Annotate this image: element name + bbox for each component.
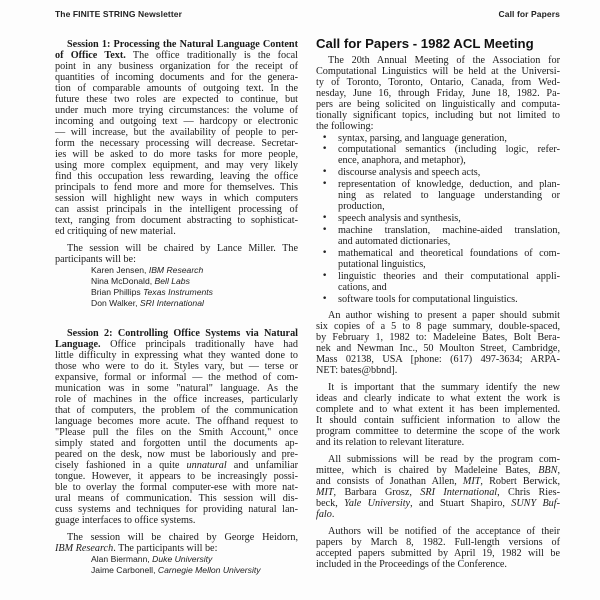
notification-paragraph-line: accepted papers submitted by April 19, 1… <box>316 548 560 559</box>
submission-paragraph-line: nek and Newman Inc., 50 Moulton Street, … <box>316 343 560 354</box>
summary-requirements-line: It should contain sufficient information… <box>316 415 560 426</box>
session1-chair-line: The session will be chaired by Lance Mil… <box>55 243 298 254</box>
session1-paragraph-line: text, ranging from document abstracting … <box>55 215 298 226</box>
intro-paragraph-line: the following: <box>316 121 560 132</box>
session2-paragraph-line: guage interfaces to office systems. <box>55 515 298 526</box>
session2-paragraph-line: munication was in some "natural" languag… <box>55 383 298 394</box>
participant-affiliation: Duke University <box>152 554 212 564</box>
session2-paragraph-line: simply stated and forgotten until the do… <box>55 438 298 449</box>
session1-paragraph-line: ies will be asked to do more tasks for m… <box>55 149 298 160</box>
topic-list-item-line: putational linguistics, <box>338 259 560 270</box>
participant-name: Don Walker, <box>91 298 140 308</box>
bullet-icon: • <box>322 248 328 259</box>
session1-paragraph-line: can assist principals in the intelligent… <box>55 204 298 215</box>
participant-name: Nina McDonald, <box>91 276 155 286</box>
bullet-icon: • <box>322 213 328 224</box>
participant-affiliation: IBM Research <box>149 265 203 275</box>
intro-paragraph-line: The 20th Annual Meeting of the Associati… <box>316 55 560 66</box>
participant-affiliation: Carnegie Mellon University <box>158 565 261 575</box>
session2-paragraph-line: peared on the desk, now must be laboriou… <box>55 449 298 460</box>
session2-chair-line: IBM Research. The participants will be: <box>55 543 298 554</box>
summary-requirements-line: It is important that the summary identif… <box>316 382 560 393</box>
topic-list-item-line: ence, anaphora, and metaphor), <box>338 155 560 166</box>
submission-paragraph-line: six copies of a 5 to 8 page summary, dou… <box>316 321 560 332</box>
topic-list-item-line: speech analysis and synthesis, <box>338 213 560 224</box>
session2-paragraph-line: cuss systems and techniques for providin… <box>55 504 298 515</box>
topic-list-item-line: and automated dictionaries, <box>338 236 560 247</box>
session2-paragraph-line: expansive, formal or informal — the meth… <box>55 372 298 383</box>
participant-affiliation: SRI International <box>140 298 204 308</box>
notification-paragraph-line: included in the Proceedings of the Confe… <box>316 559 560 570</box>
session1-paragraph-line: — will increase, but the availability of… <box>55 127 298 138</box>
session1-paragraph-line: quantities of incoming documents and for… <box>55 72 298 83</box>
session1-chair-line: participants will be: <box>55 254 298 265</box>
session1-paragraph-line: of Office Text. The office traditionally… <box>55 50 298 61</box>
summary-requirements-line: program committee to determine the scope… <box>316 426 560 437</box>
bullet-icon: • <box>322 144 328 155</box>
topic-list-item-line: linguistic theories and their computatio… <box>338 271 560 282</box>
topic-list-item-line: discourse analysis and speech acts, <box>338 167 560 178</box>
program-committee-line: falo. <box>316 509 560 520</box>
bullet-icon: • <box>322 167 328 178</box>
session2-paragraph-line: Language. Office principals traditionall… <box>55 339 298 350</box>
intro-paragraph-line: nesday, June 16, through Friday, June 18… <box>316 88 560 99</box>
program-committee-line: mittee, which is chaired by Madeleine Ba… <box>316 465 560 476</box>
session2-paragraph-line: cisely fashioned in a quite unnatural an… <box>55 460 298 471</box>
bullet-icon: • <box>322 225 328 236</box>
notification-paragraph-line: papers by March 8, 1982. Full-length ver… <box>316 537 560 548</box>
session1-paragraph-line: point in any business organization for t… <box>55 61 298 72</box>
session2-paragraph-line: role of machines in the office increases… <box>55 394 298 405</box>
program-committee-line: and consists of Jonathan Allen, MIT, Rob… <box>316 476 560 487</box>
topic-list-item-line: computational semantics (including logic… <box>338 144 560 155</box>
session1-paragraph-line: under much more trying circumstances: th… <box>55 105 298 116</box>
session2-paragraph-line: ble to overlay the formal computer-ese w… <box>55 482 298 493</box>
session2-paragraph-line: ural means of communication. This sessio… <box>55 493 298 504</box>
session2-paragraph-line: tongue. However, it appears to be increa… <box>55 471 298 482</box>
bullet-icon: • <box>322 179 328 190</box>
call-for-papers-heading: Call for Papers - 1982 ACL Meeting <box>316 36 534 51</box>
submission-paragraph-line: by February 1, 1982 to: Madeleine Bates,… <box>316 332 560 343</box>
session2-paragraph-line: language becomes more acute. The offhand… <box>55 416 298 427</box>
session1-paragraph-line: using more complex equipment, and may ve… <box>55 160 298 171</box>
notification-paragraph-line: Authors will be notified of the acceptan… <box>316 526 560 537</box>
topic-list-item-line: software tools for computational linguis… <box>338 294 560 305</box>
session1-paragraph-line: ed critiquing of new material. <box>55 226 298 237</box>
intro-paragraph-line: ty of Toronto, Toronto, Ontario, Canada,… <box>316 77 560 88</box>
participant-affiliation: Texas Instruments <box>143 287 213 297</box>
session2-paragraph-line: that of computers, the problem of the co… <box>55 405 298 416</box>
session1-paragraph-line: find this occupation less rewarding, lea… <box>55 171 298 182</box>
topic-list-item-line: representation of knowledge, deduction, … <box>338 179 560 190</box>
participant-entry: Nina McDonald, Bell Labs <box>91 276 190 287</box>
submission-paragraph-line: NET: bates@bbnd]. <box>316 365 560 376</box>
topic-list-item-line: mathematical and theoretical foundations… <box>338 248 560 259</box>
session1-paragraph-line: incoming and outgoing text — hardcopy or… <box>55 116 298 127</box>
session1-paragraph-line: form the necessary processing will decre… <box>55 138 298 149</box>
program-committee-line: beck, Yale University, and Stuart Shapir… <box>316 498 560 509</box>
running-head-right: Call for Papers <box>499 9 561 19</box>
topic-list-item-line: machine translation, machine-aided trans… <box>338 225 560 236</box>
participant-name: Jaime Carbonell, <box>91 565 158 575</box>
topic-list-item-line: ning as related to language understandin… <box>338 190 560 201</box>
participant-entry: Don Walker, SRI International <box>91 298 204 309</box>
submission-paragraph-line: An author wishing to present a paper sho… <box>316 310 560 321</box>
summary-requirements-line: complete and to what extent it has been … <box>316 404 560 415</box>
participant-name: Karen Jensen, <box>91 265 149 275</box>
participant-affiliation: Bell Labs <box>155 276 190 286</box>
submission-paragraph-line: Mass 02138, USA [phone: (617) 497-3634; … <box>316 354 560 365</box>
intro-paragraph-line: tionally significant topics, including b… <box>316 110 560 121</box>
participant-name: Brian Phillips <box>91 287 143 297</box>
summary-requirements-line: and its relation to relevant literature. <box>316 437 560 448</box>
running-head-left: The FINITE STRING Newsletter <box>55 9 182 19</box>
intro-paragraph-line: Computational Linguistics will be held a… <box>316 66 560 77</box>
session1-paragraph-line: future these two roles are expected to c… <box>55 94 298 105</box>
participant-name: Alan Biermann, <box>91 554 152 564</box>
participant-entry: Alan Biermann, Duke University <box>91 554 212 565</box>
session2-paragraph-line: "Please pull the files on the Smith Acco… <box>55 427 298 438</box>
session2-paragraph-line: little difficulty in expressing what the… <box>55 350 298 361</box>
topic-list-item-line: production, <box>338 201 560 212</box>
program-committee-line: All submissions will be read by the prog… <box>316 454 560 465</box>
session2-paragraph-line: Session 2: Controlling Office Systems vi… <box>55 328 298 339</box>
topic-list-item-line: syntax, parsing, and language generation… <box>338 133 560 144</box>
session2-chair-line: The session will be chaired by George He… <box>55 532 298 543</box>
bullet-icon: • <box>322 271 328 282</box>
session2-paragraph-line: those who were to do it. Styles vary, bu… <box>55 361 298 372</box>
participant-entry: Karen Jensen, IBM Research <box>91 265 203 276</box>
session1-paragraph-line: tion of comparable amounts of outgoing t… <box>55 83 298 94</box>
participant-entry: Brian Phillips Texas Instruments <box>91 287 213 298</box>
bullet-icon: • <box>322 133 328 144</box>
participant-entry: Jaime Carbonell, Carnegie Mellon Univers… <box>91 565 261 576</box>
program-committee-line: MIT, Barbara Grosz, SRI International, C… <box>316 487 560 498</box>
document-page: The FINITE STRING Newsletter Call for Pa… <box>0 0 600 600</box>
intro-paragraph-line: pers are being solicited on linguistical… <box>316 99 560 110</box>
summary-requirements-line: ideas and clearly indicate to what exten… <box>316 393 560 404</box>
bullet-icon: • <box>322 294 328 305</box>
session1-paragraph-line: Session 1: Processing the Natural Langua… <box>55 39 298 50</box>
session1-paragraph-line: session will highlight new ways in which… <box>55 193 298 204</box>
session1-paragraph-line: principals to fend more and more for the… <box>55 182 298 193</box>
topic-list-item-line: cations, and <box>338 282 560 293</box>
